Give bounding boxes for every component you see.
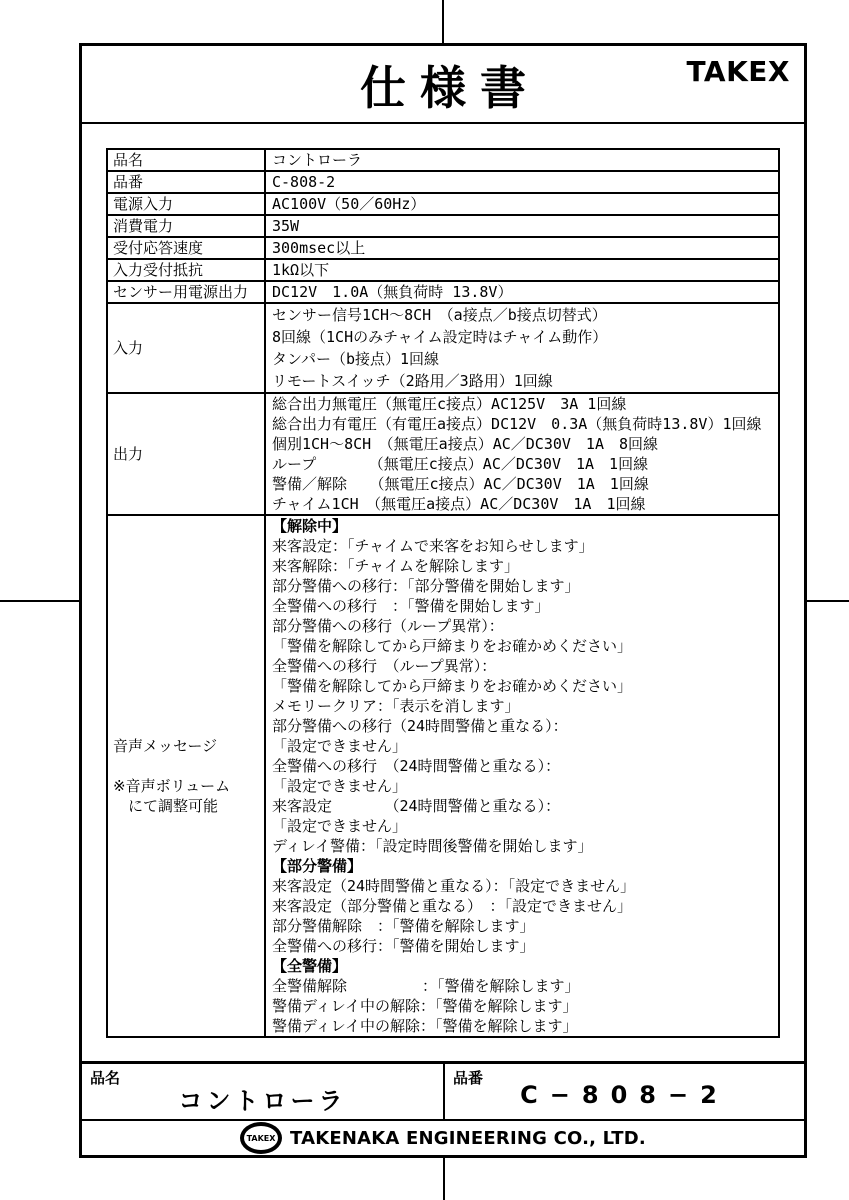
table-row-input-resistance: 入力受付抵抗 1kΩ以下 [107, 259, 779, 281]
table-row-product-name: 品名 コントローラ [107, 149, 779, 171]
row-label: 受付応答速度 [107, 237, 265, 259]
row-value: コントローラ [265, 149, 779, 171]
row-value: 総合出力無電圧（無電圧c接点）AC125V 3A 1回線総合出力有電圧（有電圧a… [265, 393, 779, 515]
row-value: 【解除中】来客設定：「チャイムで来客をお知らせします」来客解除：「チャイムを解除… [265, 515, 779, 1037]
table-row-power-input: 電源入力 AC100V（50／60Hz） [107, 193, 779, 215]
number-value: C−808−2 [445, 1081, 804, 1109]
takex-badge-icon: TAKEX [240, 1122, 282, 1154]
row-value: センサー信号1CH～8CH （a接点／b接点切替式）8回線（1CHのみチャイム設… [265, 303, 779, 393]
row-label: 入力 [107, 303, 265, 393]
crop-mark-bottom [443, 1157, 445, 1200]
takex-logo: TAKEX [686, 55, 790, 88]
name-value: コントローラ [82, 1081, 443, 1116]
row-label: 音声メッセージ ※音声ボリューム にて調整可能 [107, 515, 265, 1037]
row-value: 300msec以上 [265, 237, 779, 259]
title-block: 品名 コントローラ 品番 C−808−2 TAKEX TAKENAKA ENGI… [79, 1061, 807, 1158]
table-row-power-consumption: 消費電力 35W [107, 215, 779, 237]
table-row-response-speed: 受付応答速度 300msec以上 [107, 237, 779, 259]
table-row-voice-messages: 音声メッセージ ※音声ボリューム にて調整可能 【解除中】来客設定：「チャイムで… [107, 515, 779, 1037]
table-row-inputs: 入力 センサー信号1CH～8CH （a接点／b接点切替式）8回線（1CHのみチャ… [107, 303, 779, 393]
title-block-number-cell: 品番 C−808−2 [443, 1064, 804, 1119]
row-value: 35W [265, 215, 779, 237]
crop-mark-left [0, 600, 80, 602]
table-row-model-number: 品番 C-808-2 [107, 171, 779, 193]
spec-table: 品名 コントローラ 品番 C-808-2 電源入力 AC100V（50／60Hz… [106, 148, 780, 1038]
title-block-row: 品名 コントローラ 品番 C−808−2 [82, 1064, 804, 1121]
takex-badge-text: TAKEX [247, 1134, 276, 1143]
row-label: 出力 [107, 393, 265, 515]
row-value: C-808-2 [265, 171, 779, 193]
row-value: 1kΩ以下 [265, 259, 779, 281]
row-label: 品名 [107, 149, 265, 171]
row-label: 電源入力 [107, 193, 265, 215]
spec-sheet-page: 仕様書 TAKEX 品名 コントローラ 品番 C-808-2 電源入力 AC10… [0, 0, 849, 1200]
table-row-sensor-power-output: センサー用電源出力 DC12V 1.0A（無負荷時 13.8V） [107, 281, 779, 303]
crop-mark-right [806, 600, 849, 602]
company-band: TAKEX TAKENAKA ENGINEERING CO., LTD. [82, 1121, 804, 1155]
row-label: 消費電力 [107, 215, 265, 237]
table-row-outputs: 出力 総合出力無電圧（無電圧c接点）AC125V 3A 1回線総合出力有電圧（有… [107, 393, 779, 515]
row-value: AC100V（50／60Hz） [265, 193, 779, 215]
row-label: センサー用電源出力 [107, 281, 265, 303]
title-block-name-cell: 品名 コントローラ [82, 1064, 443, 1119]
row-label: 品番 [107, 171, 265, 193]
row-label: 入力受付抵抗 [107, 259, 265, 281]
crop-mark-top [442, 0, 444, 44]
row-value: DC12V 1.0A（無負荷時 13.8V） [265, 281, 779, 303]
company-name: TAKENAKA ENGINEERING CO., LTD. [290, 1128, 646, 1149]
